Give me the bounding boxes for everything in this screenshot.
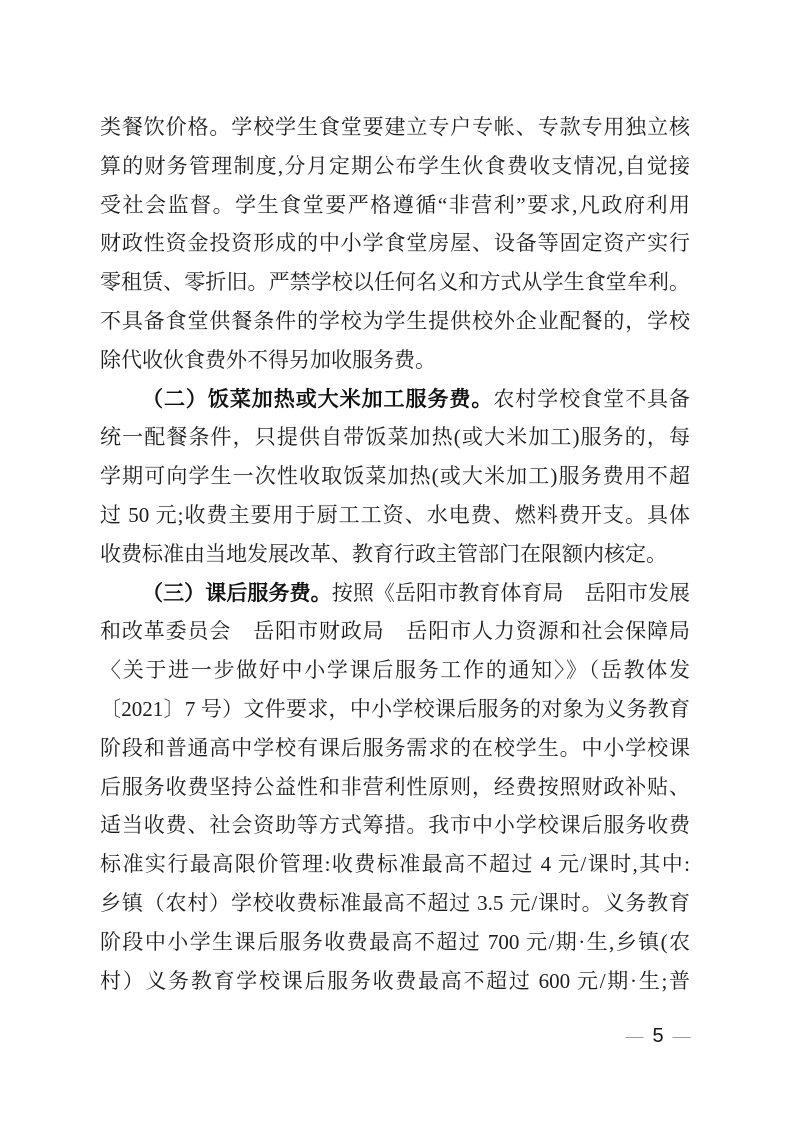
- text-line: 〈关于进一步做好中小学课后服务工作的通知〉》（岳教体发: [100, 651, 690, 690]
- footer-dash-left: —: [625, 1028, 643, 1044]
- text-line: 财政性资金投资形成的中小学食堂房屋、设备等固定资产实行: [100, 224, 690, 263]
- text-segment: 算的财务管理制度,分月定期公布学生伙食费收支情况,自觉接: [100, 154, 690, 178]
- document-body: 类餐饮价格。学校学生食堂要建立专户专帐、专款专用独立核算的财务管理制度,分月定期…: [100, 108, 690, 1000]
- text-segment: 零租赁、零折旧。严禁学校以任何名义和方式从学生食堂牟利。: [100, 270, 690, 294]
- text-segment: 类餐饮价格。学校学生食堂要建立专户专帐、专款专用独立核: [100, 115, 690, 139]
- text-line: 除代收伙食费外不得另加收服务费。: [100, 341, 690, 380]
- text-segment: 学期可向学生一次性收取饭菜加热(或大米加工)服务费用不超: [100, 464, 690, 488]
- text-segment: 标准实行最高限价管理:收费标准最高不超过 4 元/课时,其中:: [100, 852, 690, 876]
- text-line: 学期可向学生一次性收取饭菜加热(或大米加工)服务费用不超: [100, 457, 690, 496]
- text-segment: 收费标准由当地发展改革、教育行政主管部门在限额内核定。: [100, 542, 667, 566]
- text-line: 统一配餐条件，只提供自带饭菜加热(或大米加工)服务的，每: [100, 418, 690, 457]
- text-segment: 后服务收费坚持公益性和非营利性原则，经费按照财政补贴、: [100, 775, 690, 799]
- text-segment: 过 50 元;收费主要用于厨工工资、水电费、燃料费开支。具体: [100, 503, 690, 527]
- text-segment: 统一配餐条件，只提供自带饭菜加热(或大米加工)服务的，每: [100, 425, 690, 449]
- text-segment: 不具备食堂供餐条件的学校为学生提供校外企业配餐的，学校: [100, 309, 690, 333]
- text-line: 类餐饮价格。学校学生食堂要建立专户专帐、专款专用独立核: [100, 108, 690, 147]
- text-line: 零租赁、零折旧。严禁学校以任何名义和方式从学生食堂牟利。: [100, 263, 690, 302]
- text-segment: 受社会监督。学生食堂要严格遵循“非营利”要求,凡政府利用: [100, 193, 690, 217]
- text-segment: 除代收伙食费外不得另加收服务费。: [100, 348, 436, 372]
- document-page: 类餐饮价格。学校学生食堂要建立专户专帐、专款专用独立核算的财务管理制度,分月定期…: [0, 0, 793, 1122]
- text-line: 收费标准由当地发展改革、教育行政主管部门在限额内核定。: [100, 535, 690, 574]
- text-line: 〔2021〕7 号）文件要求，中小学校课后服务的对象为义务教育: [100, 690, 690, 729]
- text-line: 阶段和普通高中学校有课后服务需求的在校学生。中小学校课: [100, 729, 690, 768]
- text-line: 适当收费、社会资助等方式筹措。我市中小学校课后服务收费: [100, 806, 690, 845]
- footer-dash-right: —: [673, 1028, 691, 1044]
- heading-segment: （二）饭菜加热或大米加工服务费。: [142, 387, 493, 411]
- text-line: 算的财务管理制度,分月定期公布学生伙食费收支情况,自觉接: [100, 147, 690, 186]
- text-line: 不具备食堂供餐条件的学校为学生提供校外企业配餐的，学校: [100, 302, 690, 341]
- text-segment: 按照《岳阳市教育体育局 岳阳市发展: [332, 581, 690, 605]
- text-line: 后服务收费坚持公益性和非营利性原则，经费按照财政补贴、: [100, 768, 690, 807]
- text-line: 村）义务教育学校课后服务收费最高不超过 600 元/期·生;普: [100, 962, 690, 1001]
- text-segment: 村）义务教育学校课后服务收费最高不超过 600 元/期·生;普: [100, 969, 690, 993]
- text-segment: 适当收费、社会资助等方式筹措。我市中小学校课后服务收费: [100, 813, 690, 837]
- text-segment: 阶段中小学生课后服务收费最高不超过 700 元/期·生,乡镇(农: [100, 930, 690, 954]
- text-segment: 和改革委员会 岳阳市财政局 岳阳市人力资源和社会保障局: [100, 619, 690, 643]
- text-segment: 农村学校食堂不具备: [493, 387, 690, 411]
- text-line: 乡镇（农村）学校收费标准最高不超过 3.5 元/课时。义务教育: [100, 884, 690, 923]
- text-line: 和改革委员会 岳阳市财政局 岳阳市人力资源和社会保障局: [100, 612, 690, 651]
- heading-segment: （三）课后服务费。: [142, 581, 332, 605]
- text-line: （三）课后服务费。按照《岳阳市教育体育局 岳阳市发展: [100, 574, 690, 613]
- text-line: 阶段中小学生课后服务收费最高不超过 700 元/期·生,乡镇(农: [100, 923, 690, 962]
- text-line: （二）饭菜加热或大米加工服务费。农村学校食堂不具备: [100, 380, 690, 419]
- text-line: 过 50 元;收费主要用于厨工工资、水电费、燃料费开支。具体: [100, 496, 690, 535]
- page-number: 5: [652, 1026, 663, 1046]
- text-line: 受社会监督。学生食堂要严格遵循“非营利”要求,凡政府利用: [100, 186, 690, 225]
- text-segment: 财政性资金投资形成的中小学食堂房屋、设备等固定资产实行: [100, 231, 690, 255]
- text-segment: 阶段和普通高中学校有课后服务需求的在校学生。中小学校课: [100, 736, 690, 760]
- page-footer: — 5 —: [608, 1026, 708, 1046]
- text-line: 标准实行最高限价管理:收费标准最高不超过 4 元/课时,其中:: [100, 845, 690, 884]
- text-segment: 〔2021〕7 号）文件要求，中小学校课后服务的对象为义务教育: [100, 697, 690, 721]
- text-segment: 乡镇（农村）学校收费标准最高不超过 3.5 元/课时。义务教育: [100, 891, 690, 915]
- text-segment: 〈关于进一步做好中小学课后服务工作的通知〉》（岳教体发: [100, 658, 690, 682]
